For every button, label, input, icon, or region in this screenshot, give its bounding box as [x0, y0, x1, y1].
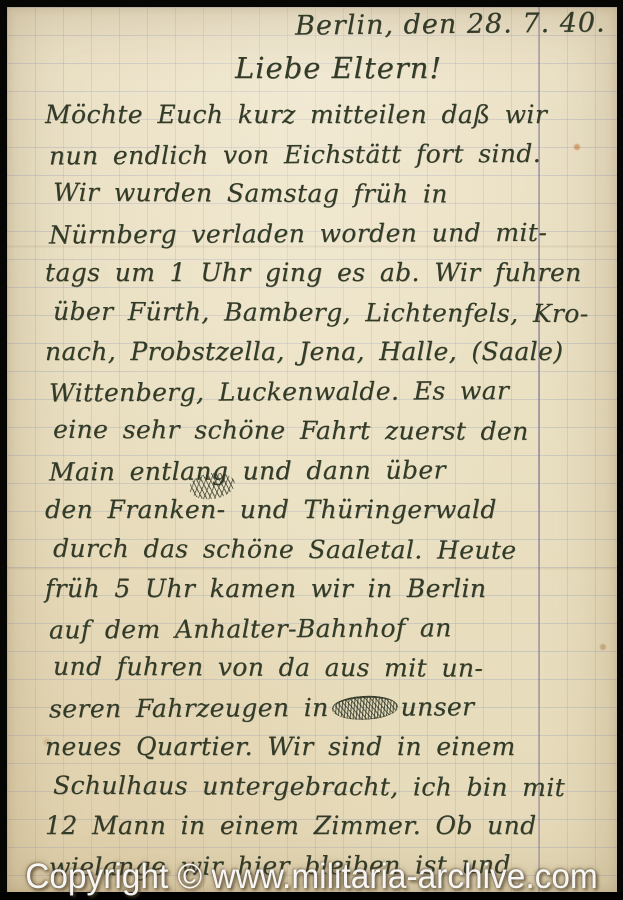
letter-line: eine sehr schöne Fahrt zuerst den [53, 410, 609, 452]
letter-line: tags um 1 Uhr ging es ab. Wir fuhren [45, 253, 601, 293]
letter-dateline: Berlin, den 28. 7. 40. [295, 7, 606, 41]
letter-line: Schulhaus untergebracht, ich bin mit [53, 765, 609, 807]
letter-line: nun endlich von Eichstätt fort sind. [49, 133, 605, 175]
letter-line: durch das schöne Saaletal. Heute [53, 528, 609, 570]
letter-line: auf dem Anhalter-Bahnhof an [49, 607, 605, 649]
scanned-letter-photo: Berlin, den 28. 7. 40. Liebe Eltern! Möc… [0, 0, 623, 900]
letter-line: nach, Probstzella, Jena, Halle, (Saale) [45, 332, 601, 372]
letter-line: früh 5 Uhr kamen wir in Berlin [45, 569, 601, 609]
letter-line-text: unser [401, 692, 475, 721]
letter-line: neues Quartier. Wir sind in einem [45, 727, 601, 767]
letter-line-text: seren Fahrzeugen in [49, 692, 329, 722]
letter-line: 12 Mann in einem Zimmer. Ob und [45, 806, 601, 846]
crossed-out-word [331, 693, 399, 722]
letter-line: Main entlang und dann über [49, 449, 605, 491]
letter-line: Wir wurden Samstag früh in [53, 173, 609, 215]
letter-line: über Fürth, Bamberg, Lichtenfels, Kro- [53, 291, 609, 333]
letter-salutation: Liebe Eltern! [235, 51, 442, 85]
letter-paper: Berlin, den 28. 7. 40. Liebe Eltern! Möc… [7, 7, 617, 892]
letter-line: Wittenberg, Luckenwalde. Es war [49, 370, 605, 412]
copyright-watermark: Copyright © www.militaria-archive.com [8, 857, 614, 897]
letter-body: Möchte Euch kurz mitteilen daß wirnun en… [45, 95, 601, 885]
letter-line: den Franken- und Thüringerwald [45, 490, 601, 530]
letter-line: seren Fahrzeugen inunser [49, 686, 605, 728]
letter-line: Möchte Euch kurz mitteilen daß wir [45, 95, 601, 135]
letter-line: Nürnberg verladen worden und mit- [49, 212, 605, 254]
letter-line: und fuhren von da aus mit un- [53, 647, 609, 689]
